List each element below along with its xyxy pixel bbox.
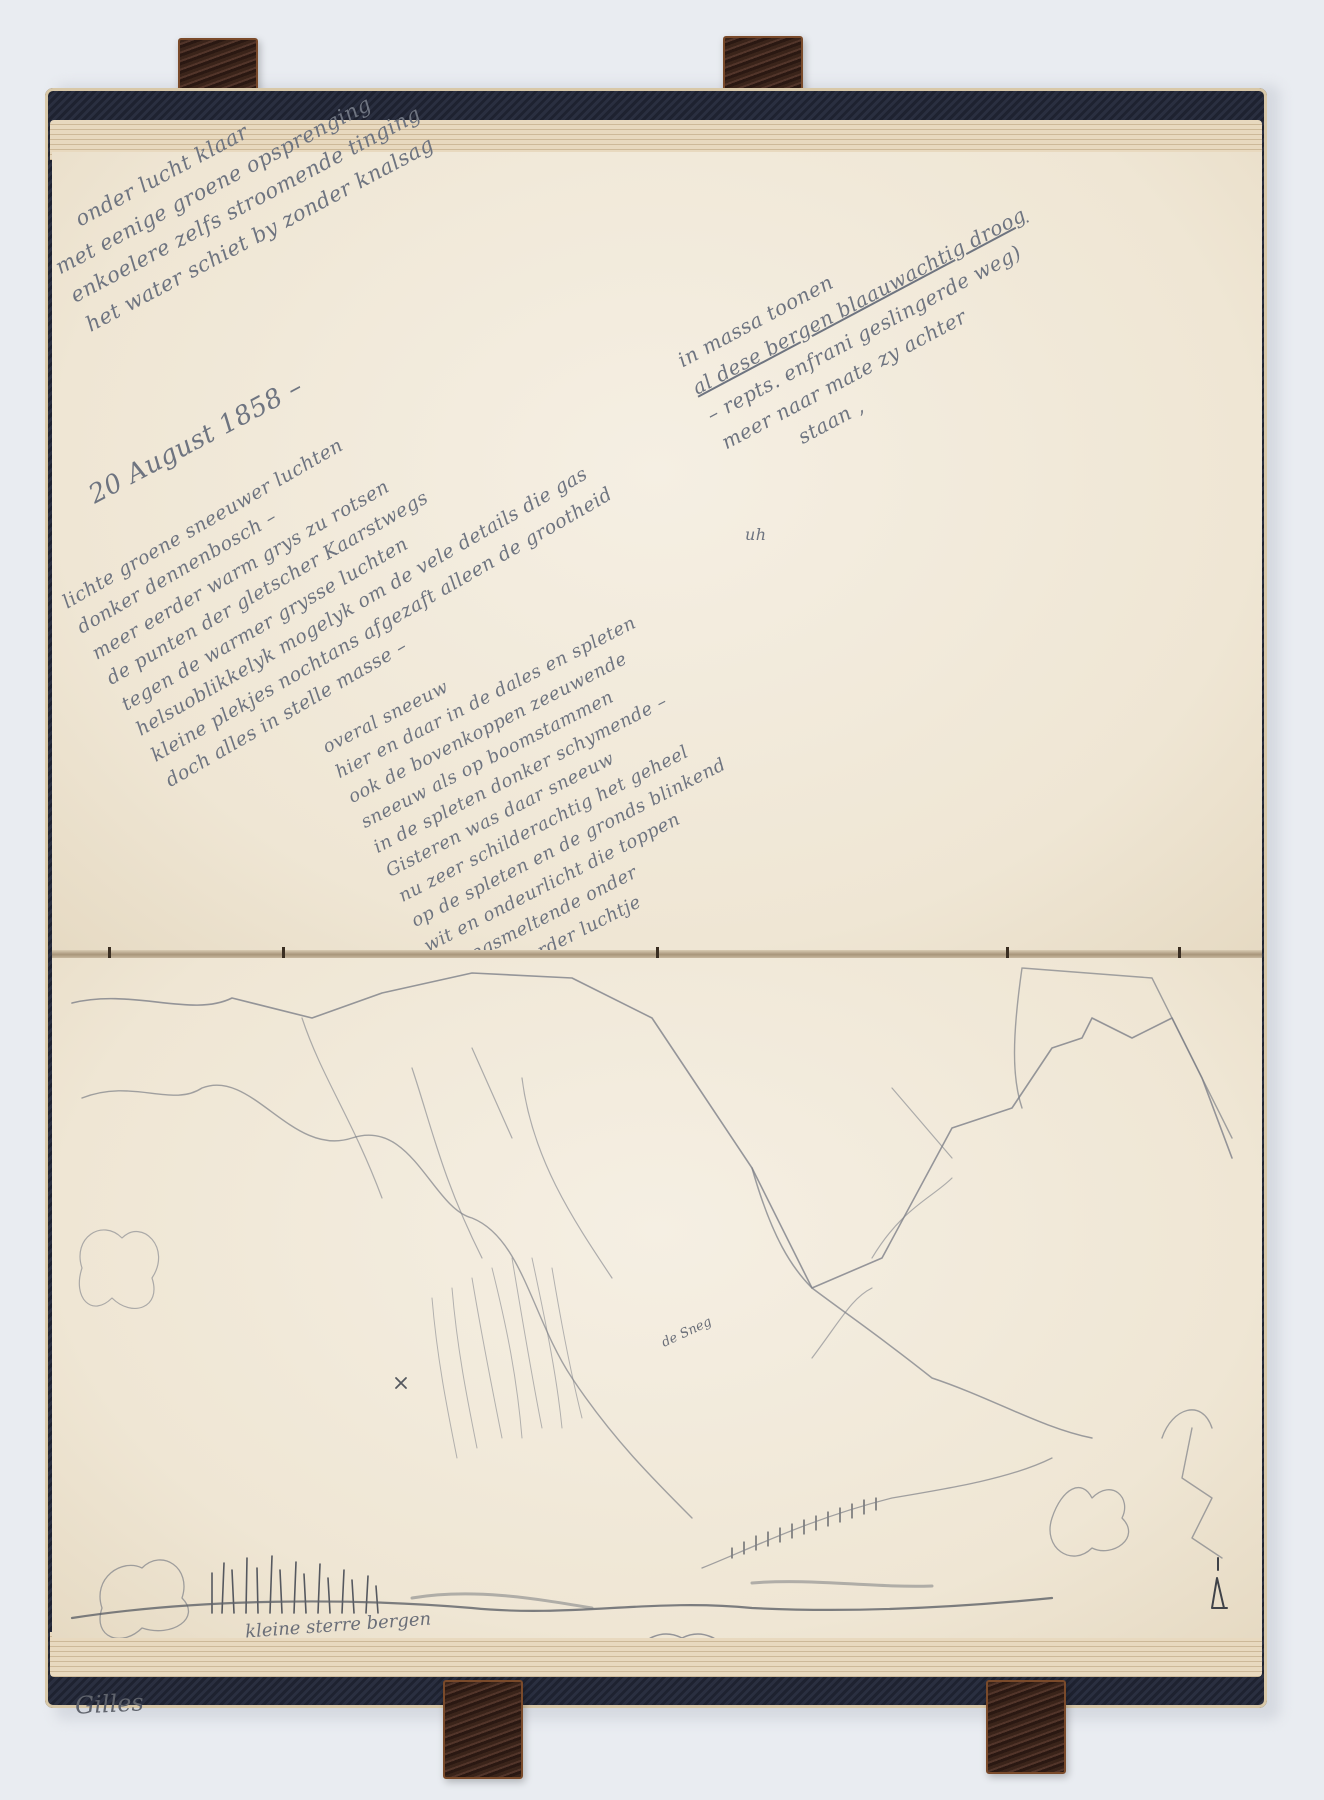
leather-strap-bottom-right: [986, 1680, 1066, 1774]
signature-text: Gilles: [74, 1688, 144, 1720]
margin-mark-text: uh: [745, 525, 767, 544]
mountain-landscape-sketch: [52, 958, 1262, 1638]
page-edges-bottom: [50, 1632, 1262, 1677]
leather-strap-bottom-left: [443, 1680, 523, 1779]
margin-mark: uh: [745, 525, 767, 544]
artist-signature: Gilles: [74, 1688, 144, 1720]
